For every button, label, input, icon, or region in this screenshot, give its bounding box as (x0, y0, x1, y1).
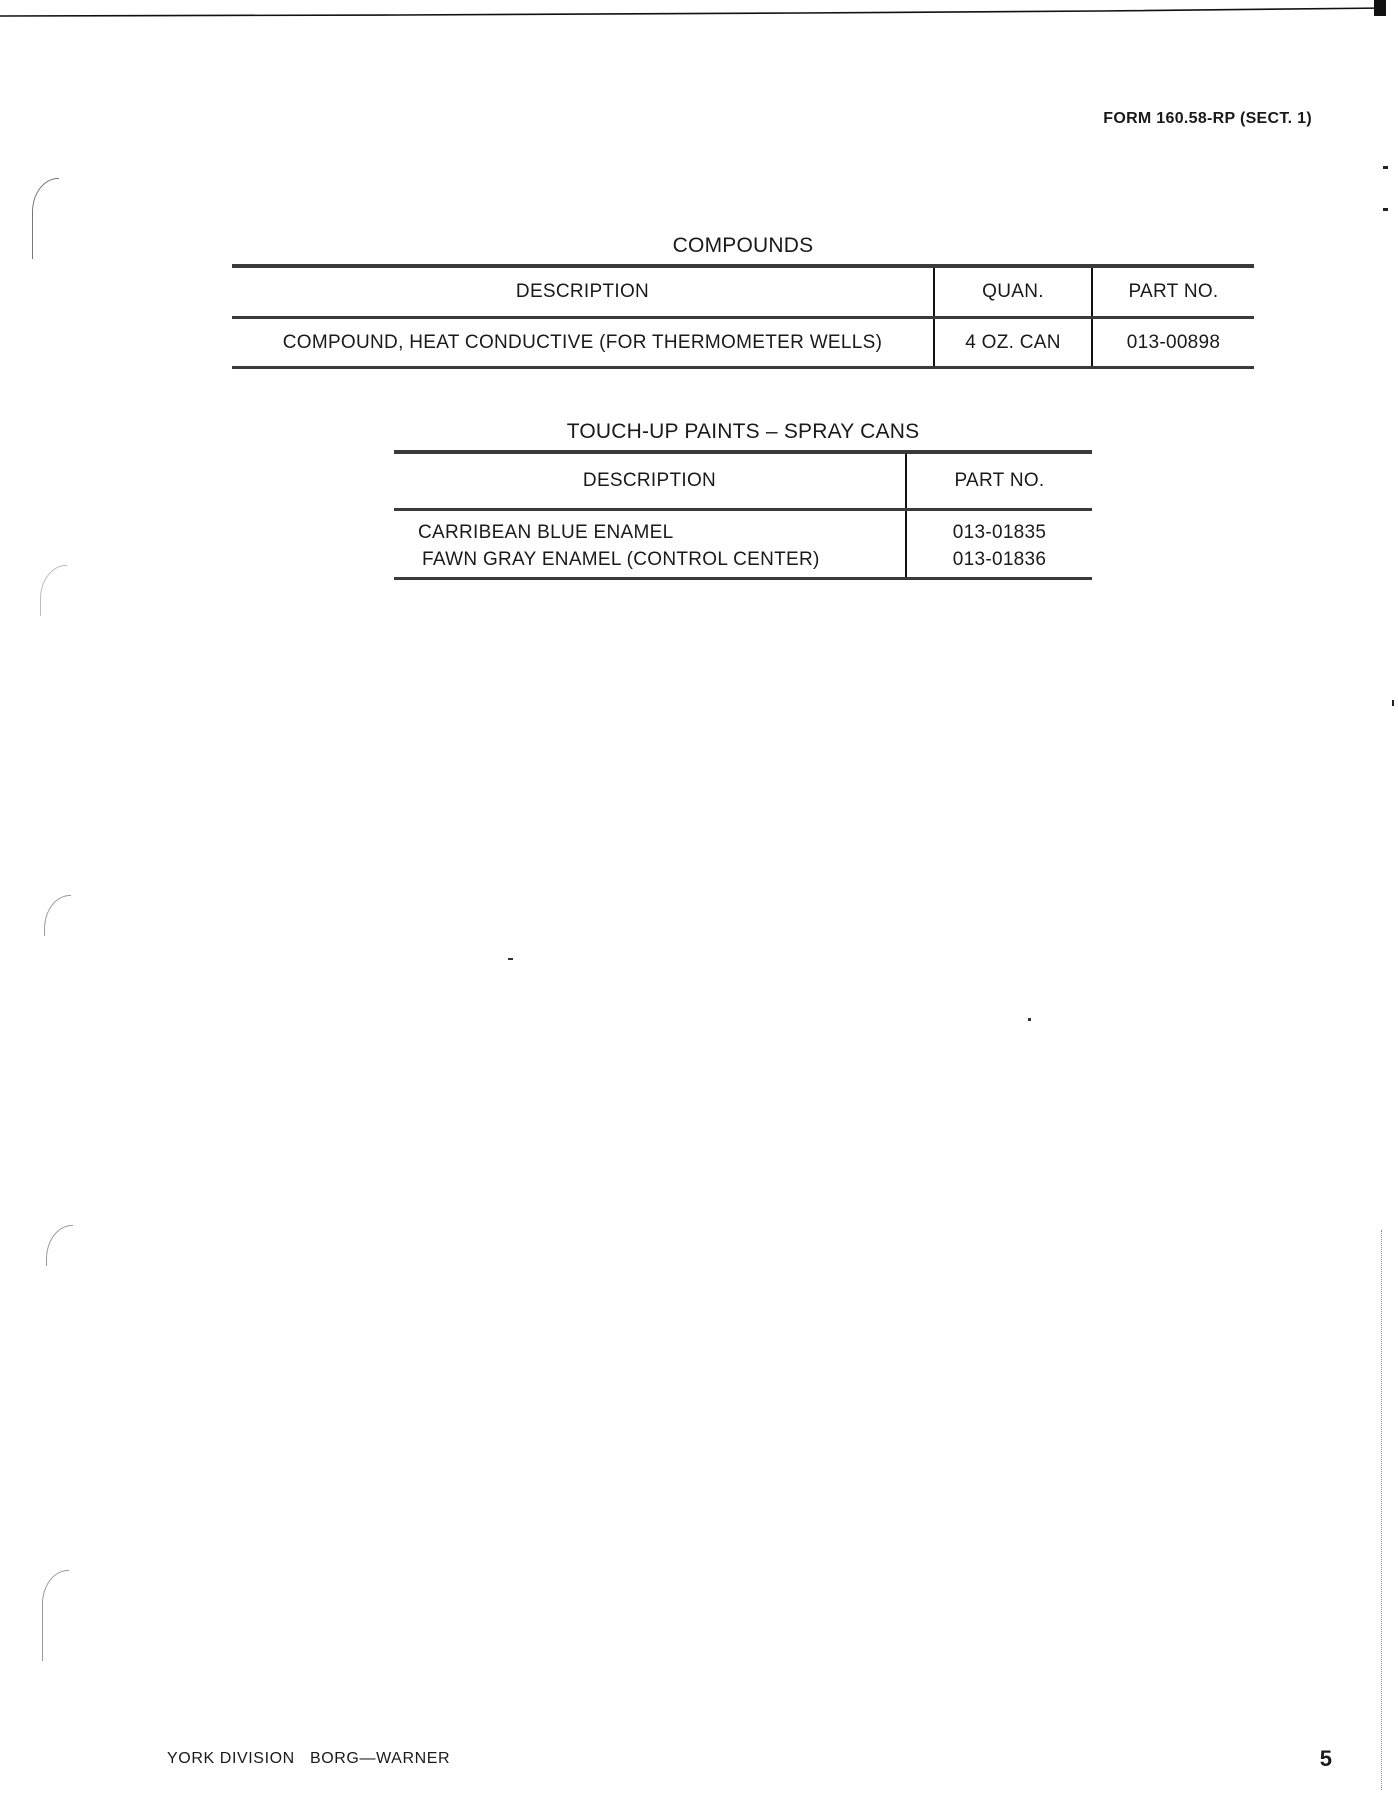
binder-hole-mark (32, 178, 59, 259)
form-number: FORM 160.58-RP (SECT. 1) (1103, 110, 1312, 128)
scan-right-edge (1381, 1230, 1384, 1790)
cell-part-no: 013-01835 013-01836 (906, 510, 1092, 579)
scan-speck (508, 958, 513, 960)
binder-hole-mark (44, 895, 71, 936)
scan-speck (1383, 208, 1388, 211)
paint-part-no: 013-01835 (907, 519, 1092, 546)
cell-description: COMPOUND, HEAT CONDUCTIVE (FOR THERMOMET… (232, 318, 934, 368)
paint-description: CARRIBEAN BLUE ENAMEL (418, 519, 905, 546)
column-header-part-no: PART NO. (1092, 266, 1254, 318)
binder-hole-mark (42, 1570, 69, 1661)
table-header-row: DESCRIPTION QUAN. PART NO. (232, 266, 1254, 318)
column-header-part-no: PART NO. (906, 452, 1092, 510)
scan-top-edge (0, 4, 1386, 18)
touch-up-paints-title: TOUCH-UP PAINTS – SPRAY CANS (394, 420, 1092, 444)
column-header-description: DESCRIPTION (394, 452, 906, 510)
compounds-table: DESCRIPTION QUAN. PART NO. COMPOUND, HEA… (232, 264, 1254, 369)
paint-part-no: 013-01836 (907, 546, 1092, 573)
scan-speck (1028, 1018, 1031, 1021)
table-row: COMPOUND, HEAT CONDUCTIVE (FOR THERMOMET… (232, 318, 1254, 368)
publisher-footer: YORK DIVISION BORG—WARNER (167, 1750, 450, 1768)
compounds-title: COMPOUNDS (232, 234, 1254, 258)
scan-corner-mark (1374, 0, 1386, 16)
column-header-description: DESCRIPTION (232, 266, 934, 318)
table-header-row: DESCRIPTION PART NO. (394, 452, 1092, 510)
cell-quantity: 4 OZ. CAN (934, 318, 1092, 368)
table-row: CARRIBEAN BLUE ENAMEL FAWN GRAY ENAMEL (… (394, 510, 1092, 579)
page-number: 5 (1320, 1746, 1332, 1772)
binder-hole-mark (46, 1225, 73, 1266)
scan-speck (1392, 700, 1394, 706)
paint-description: FAWN GRAY ENAMEL (CONTROL CENTER) (418, 546, 905, 573)
scan-speck (1383, 166, 1388, 169)
touch-up-paints-table: DESCRIPTION PART NO. CARRIBEAN BLUE ENAM… (394, 450, 1092, 580)
cell-part-no: 013-00898 (1092, 318, 1254, 368)
cell-description: CARRIBEAN BLUE ENAMEL FAWN GRAY ENAMEL (… (394, 510, 906, 579)
column-header-quantity: QUAN. (934, 266, 1092, 318)
binder-hole-mark (40, 565, 67, 616)
